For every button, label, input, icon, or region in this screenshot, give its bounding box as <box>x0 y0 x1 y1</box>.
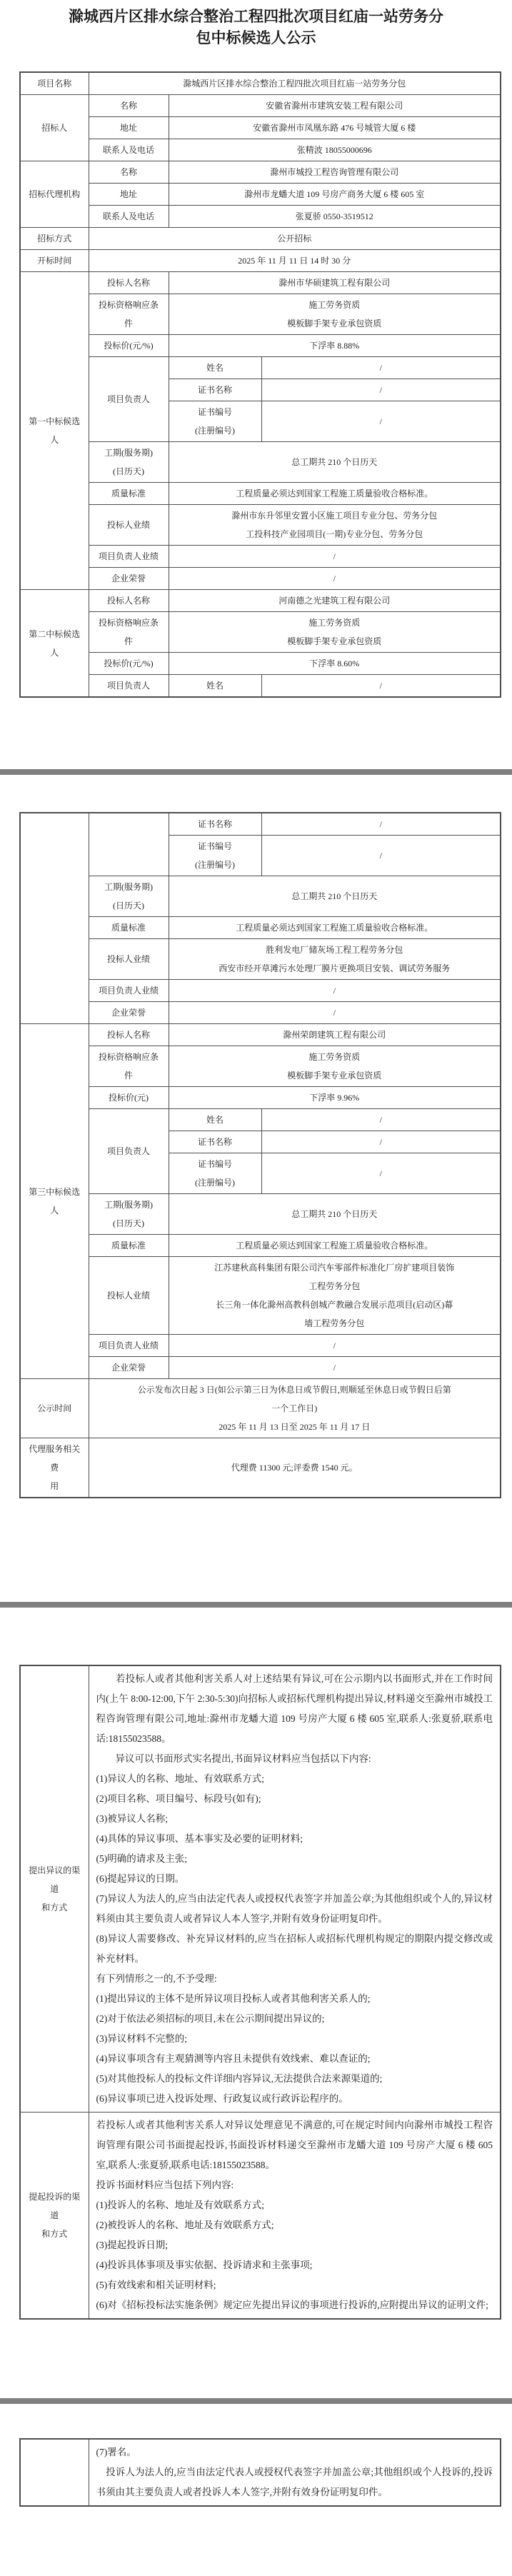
cert-no-value: / <box>261 401 501 442</box>
tenderer-address-value: 安徽省滁州市凤凰东路 476 号城管大厦 6 楼 <box>169 117 501 139</box>
project-manager-label: 项目负责人 <box>89 357 169 442</box>
table-row: 投标人业绩滁州市东升邻里安置小区施工项目专业分包、劳务分包 工投科技产业园项目(… <box>20 505 501 546</box>
table-row: 质量标准工程质量必须达到国家工程施工质量验收合格标准。 <box>20 917 501 939</box>
bidder-performance-label: 投标人业绩 <box>89 505 169 546</box>
candidate-1-label: 第一中标候选人 <box>20 272 89 590</box>
manager-performance-label: 项目负责人业绩 <box>89 1335 169 1357</box>
duration-value: 总工期共 210 个日历天 <box>169 1194 501 1235</box>
bidder-performance-value: 江苏建秋高科集团有限公司汽车零部件标准化厂房扩建项目装饰 工程劳务分包 长三角一… <box>169 1257 501 1335</box>
agency-fee-label: 代理服务相关费 用 <box>20 1438 89 1498</box>
table-row: 工期(服务期) (日历天)总工期共 210 个日历天 <box>20 1194 501 1235</box>
table-row: 投标资格响应条件施工劳务资质 模板脚手架专业承包资质 <box>20 294 501 335</box>
quality-standard-label: 质量标准 <box>89 483 169 505</box>
cert-name-value: / <box>261 1131 501 1153</box>
table-row: 企业荣誉/ <box>20 1002 501 1024</box>
complaint-channel-text: 若投标人或者其他利害关系人对异议处理意见不满意的,可在规定时间内向滁州市城投工程… <box>89 2113 501 2320</box>
table-row: 招标代理机构名称滁州市城投工程咨询管理有限公司 <box>20 161 501 184</box>
cert-no-value: / <box>261 1153 501 1194</box>
manager-name-label: 姓名 <box>169 1109 261 1131</box>
manager-performance-value: / <box>169 1335 501 1357</box>
bid-method-value: 公开招标 <box>89 228 501 250</box>
qualification-label: 投标资格响应条件 <box>89 1046 169 1087</box>
complaint-continued-text: (7)署名。 投诉人为法人的,应当由法定代表人或授权代表签字并加盖公章;其他组织… <box>89 2439 501 2506</box>
cert-name-label: 证书名称 <box>169 1131 261 1153</box>
project-and-candidates-table: 项目名称滁城西片区排水综合整治工程四批次项目红庙一站劳务分包招标人名称安徽省滁州… <box>19 71 501 698</box>
agency-name-value: 滁州市城投工程咨询管理有限公司 <box>169 161 501 184</box>
table-row: 项目名称滁城西片区排水综合整治工程四批次项目红庙一站劳务分包 <box>20 72 501 95</box>
manager-name-label: 姓名 <box>169 675 261 698</box>
duration-label: 工期(服务期) (日历天) <box>89 1194 169 1235</box>
manager-name-value: / <box>261 675 501 698</box>
bid-price-value: 下浮率 9.96% <box>169 1087 501 1109</box>
complaint-channel-label: 提起投诉的渠道 和方式 <box>20 2113 89 2320</box>
manager-name-label: 姓名 <box>169 357 261 379</box>
qualification-label: 投标资格响应条件 <box>89 612 169 653</box>
table-row: 公示时间公示发布次日起 3 日(如公示第三日为休息日或节假日,则顺延至休息日或节… <box>20 1379 501 1438</box>
page-title: 滁城西片区排水综合整治工程四批次项目红庙一站劳务分 包中标候选人公示 <box>0 6 512 49</box>
tenderer-name-value: 安徽省滁州市建筑安装工程有限公司 <box>169 95 501 117</box>
table-row: 地址滁州市龙蟠大道 109 号房产商务大厦 6 楼 605 室 <box>20 184 501 206</box>
duration-label: 工期(服务期) (日历天) <box>89 876 169 917</box>
table-row: 投标价(元)下浮率 9.96% <box>20 1087 501 1109</box>
candidates-continued-table: 证书名称/证书编号 (注册编号)/工期(服务期) (日历天)总工期共 210 个… <box>19 812 501 1498</box>
manager-name-value: / <box>261 357 501 379</box>
page-break-bar <box>0 1602 512 1608</box>
bidder-name-label: 投标人名称 <box>89 1024 169 1046</box>
tenderer-address-label: 地址 <box>89 117 169 139</box>
page-break-bar <box>0 2398 512 2404</box>
project-name-label: 项目名称 <box>20 72 89 95</box>
bid-opening-time-value: 2025 年 11 月 11 日 14 时 30 分 <box>89 250 501 272</box>
table-row: (7)署名。 投诉人为法人的,应当由法定代表人或授权代表签字并加盖公章;其他组织… <box>20 2439 501 2506</box>
table-row: 项目负责人姓名/ <box>20 1109 501 1131</box>
table-row: 开标时间2025 年 11 月 11 日 14 时 30 分 <box>20 250 501 272</box>
agency-name-label: 名称 <box>89 161 169 184</box>
document-page: 滁城西片区排水综合整治工程四批次项目红庙一站劳务分 包中标候选人公示 项目名称滁… <box>0 6 512 2507</box>
tenderer-contact-value: 张精波 18055000696 <box>169 139 501 161</box>
publicity-period-label: 公示时间 <box>20 1379 89 1438</box>
table-row: 项目负责人业绩/ <box>20 980 501 1002</box>
quality-standard-value: 工程质量必须达到国家工程施工质量验收合格标准。 <box>169 1235 501 1257</box>
bid-price-value: 下浮率 8.88% <box>169 335 501 357</box>
table-row: 投标价(元/%)下浮率 8.88% <box>20 335 501 357</box>
table-row: 第二中标候选人投标人名称河南德之光建筑工程有限公司 <box>20 590 501 612</box>
tenderer-label: 招标人 <box>20 95 89 161</box>
project-manager-continued-cell <box>89 813 169 876</box>
table-row: 企业荣誉/ <box>20 1357 501 1379</box>
cert-no-value: / <box>261 836 501 876</box>
table-row: 投标资格响应条件施工劳务资质 模板脚手架专业承包资质 <box>20 1046 501 1087</box>
table-row: 招标人名称安徽省滁州市建筑安装工程有限公司 <box>20 95 501 117</box>
cert-no-label: 证书编号 (注册编号) <box>169 401 261 442</box>
manager-performance-label: 项目负责人业绩 <box>89 546 169 568</box>
bid-price-value: 下浮率 8.60% <box>169 653 501 675</box>
complaint-continued-label-cell <box>20 2439 89 2506</box>
bid-price-label: 投标价(元/%) <box>89 653 169 675</box>
manager-name-value: / <box>261 1109 501 1131</box>
publicity-period-value: 公示发布次日起 3 日(如公示第三日为休息日或节假日,则顺延至休息日或节假日后第… <box>89 1379 501 1438</box>
candidate-3-label: 第三中标候选人 <box>20 1024 89 1379</box>
bidder-name-label: 投标人名称 <box>89 590 169 612</box>
table-row: 第三中标候选人投标人名称滁州荣朗建筑工程有限公司 <box>20 1024 501 1046</box>
table-row: 投标价(元/%)下浮率 8.60% <box>20 653 501 675</box>
bidder-performance-label: 投标人业绩 <box>89 1257 169 1335</box>
duration-value: 总工期共 210 个日历天 <box>169 876 501 917</box>
cert-no-label: 证书编号 (注册编号) <box>169 836 261 876</box>
table-row: 工期(服务期) (日历天)总工期共 210 个日历天 <box>20 876 501 917</box>
table-row: 提起投诉的渠道 和方式若投标人或者其他利害关系人对异议处理意见不满意的,可在规定… <box>20 2113 501 2320</box>
manager-performance-value: / <box>169 980 501 1002</box>
bidder-name-value: 滁州荣朗建筑工程有限公司 <box>169 1024 501 1046</box>
tenderer-name-label: 名称 <box>89 95 169 117</box>
cert-name-label: 证书名称 <box>169 813 261 836</box>
table-row: 项目负责人姓名/ <box>20 357 501 379</box>
bid-price-label: 投标价(元/%) <box>89 335 169 357</box>
table-row: 投标人业绩江苏建秋高科集团有限公司汽车零部件标准化厂房扩建项目装饰 工程劳务分包… <box>20 1257 501 1335</box>
table-row: 提出异议的渠道 和方式 若投标人或者其他利害关系人对上述结果有异议,可在公示期内… <box>20 1665 501 2113</box>
complaint-continued-table: (7)署名。 投诉人为法人的,应当由法定代表人或授权代表签字并加盖公章;其他组织… <box>19 2438 501 2507</box>
quality-standard-value: 工程质量必须达到国家工程施工质量验收合格标准。 <box>169 917 501 939</box>
enterprise-honor-value: / <box>169 1357 501 1379</box>
table-row: 招标方式公开招标 <box>20 228 501 250</box>
table-row: 投标人业绩胜利发电厂储灰场工程工程劳务分包 西安市经开草滩污水处理厂膜片更换项目… <box>20 939 501 980</box>
table-row: 项目负责人姓名/ <box>20 675 501 698</box>
enterprise-honor-value: / <box>169 1002 501 1024</box>
table-row: 证书名称/ <box>20 813 501 836</box>
agency-label: 招标代理机构 <box>20 161 89 228</box>
quality-standard-label: 质量标准 <box>89 917 169 939</box>
cert-name-label: 证书名称 <box>169 379 261 401</box>
bid-method-label: 招标方式 <box>20 228 89 250</box>
qualification-label: 投标资格响应条件 <box>89 294 169 335</box>
manager-performance-value: / <box>169 546 501 568</box>
qualification-value: 施工劳务资质 模板脚手架专业承包资质 <box>169 294 501 335</box>
qualification-value: 施工劳务资质 模板脚手架专业承包资质 <box>169 612 501 653</box>
enterprise-honor-label: 企业荣誉 <box>89 1002 169 1024</box>
enterprise-honor-label: 企业荣誉 <box>89 1357 169 1379</box>
table-row: 代理服务相关费 用代理费 11300 元;评委费 1540 元。 <box>20 1438 501 1498</box>
table-row: 第一中标候选人投标人名称滁州市华硕建筑工程有限公司 <box>20 272 501 294</box>
objection-channel-label: 提出异议的渠道 和方式 <box>20 1665 89 2113</box>
manager-performance-label: 项目负责人业绩 <box>89 980 169 1002</box>
table-row: 联系人及电话张精波 18055000696 <box>20 139 501 161</box>
quality-standard-value: 工程质量必须达到国家工程施工质量验收合格标准。 <box>169 483 501 505</box>
duration-label: 工期(服务期) (日历天) <box>89 442 169 483</box>
quality-standard-label: 质量标准 <box>89 1235 169 1257</box>
table-row: 质量标准工程质量必须达到国家工程施工质量验收合格标准。 <box>20 483 501 505</box>
duration-value: 总工期共 210 个日历天 <box>169 442 501 483</box>
table-row: 投标资格响应条件施工劳务资质 模板脚手架专业承包资质 <box>20 612 501 653</box>
bidder-name-value: 滁州市华硕建筑工程有限公司 <box>169 272 501 294</box>
bidder-name-label: 投标人名称 <box>89 272 169 294</box>
bidder-performance-value: 胜利发电厂储灰场工程工程劳务分包 西安市经开草滩污水处理厂膜片更换项目安装、调试… <box>169 939 501 980</box>
agency-address-label: 地址 <box>89 184 169 206</box>
bidder-performance-label: 投标人业绩 <box>89 939 169 980</box>
project-name-value: 滁城西片区排水综合整治工程四批次项目红庙一站劳务分包 <box>89 72 501 95</box>
candidate-2-continued-cell <box>20 813 89 1024</box>
bidder-name-value: 河南德之光建筑工程有限公司 <box>169 590 501 612</box>
project-manager-label: 项目负责人 <box>89 675 169 698</box>
table-row: 联系人及电话张夏骄 0550-3519512 <box>20 206 501 228</box>
objection-complaint-table: 提出异议的渠道 和方式 若投标人或者其他利害关系人对上述结果有异议,可在公示期内… <box>19 1665 501 2320</box>
agency-contact-label: 联系人及电话 <box>89 206 169 228</box>
project-manager-label: 项目负责人 <box>89 1109 169 1194</box>
candidate-2-label: 第二中标候选人 <box>20 590 89 698</box>
cert-no-label: 证书编号 (注册编号) <box>169 1153 261 1194</box>
page-break-bar <box>0 769 512 775</box>
enterprise-honor-value: / <box>169 568 501 590</box>
agency-address-value: 滁州市龙蟠大道 109 号房产商务大厦 6 楼 605 室 <box>169 184 501 206</box>
agency-fee-value: 代理费 11300 元;评委费 1540 元。 <box>89 1438 501 1498</box>
qualification-value: 施工劳务资质 模板脚手架专业承包资质 <box>169 1046 501 1087</box>
tenderer-contact-label: 联系人及电话 <box>89 139 169 161</box>
table-row: 工期(服务期) (日历天)总工期共 210 个日历天 <box>20 442 501 483</box>
objection-channel-text: 若投标人或者其他利害关系人对上述结果有异议,可在公示期内以书面形式,并在工作时间… <box>89 1665 501 2113</box>
table-row: 企业荣誉/ <box>20 568 501 590</box>
cert-name-value: / <box>261 813 501 836</box>
cert-name-value: / <box>261 379 501 401</box>
bid-price-label: 投标价(元) <box>89 1087 169 1109</box>
table-row: 地址安徽省滁州市凤凰东路 476 号城管大厦 6 楼 <box>20 117 501 139</box>
table-row: 项目负责人业绩/ <box>20 546 501 568</box>
bidder-performance-value: 滁州市东升邻里安置小区施工项目专业分包、劳务分包 工投科技产业园项目(一期)专业… <box>169 505 501 546</box>
bid-opening-time-label: 开标时间 <box>20 250 89 272</box>
agency-contact-value: 张夏骄 0550-3519512 <box>169 206 501 228</box>
enterprise-honor-label: 企业荣誉 <box>89 568 169 590</box>
table-row: 质量标准工程质量必须达到国家工程施工质量验收合格标准。 <box>20 1235 501 1257</box>
table-row: 项目负责人业绩/ <box>20 1335 501 1357</box>
